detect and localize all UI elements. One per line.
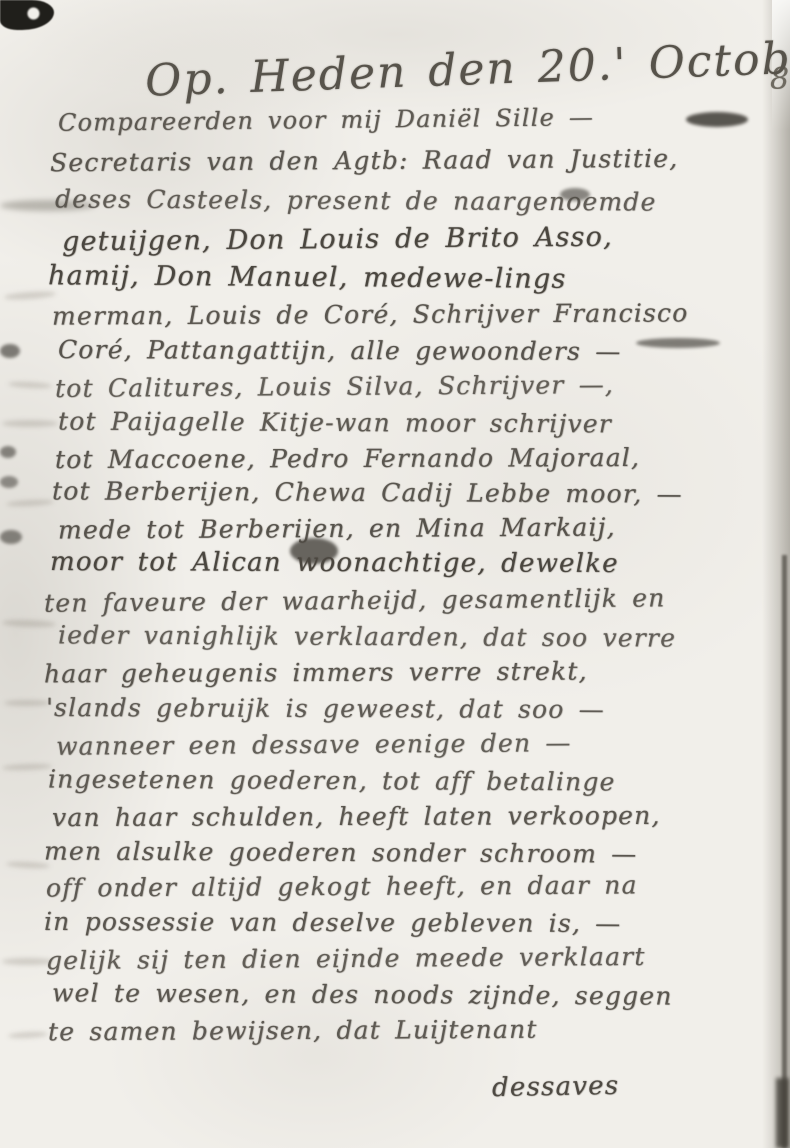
text-line: tot Calitures, Louis Silva, Schrijver —, xyxy=(55,370,614,403)
text-line: tot Berberijen, Chewa Cadij Lebbe moor, … xyxy=(52,476,683,508)
ink-blot xyxy=(0,446,16,458)
text-line: gelijk sij ten dien eijnde meede verklaa… xyxy=(46,942,646,975)
ink-blot xyxy=(0,530,22,544)
bleedthrough-mark xyxy=(2,420,58,427)
page-edge-dark-line xyxy=(782,555,787,1148)
ink-blot xyxy=(636,338,720,348)
catchword: dessaves xyxy=(492,1071,620,1103)
text-line: te samen bewijsen, dat Luijtenant xyxy=(48,1015,538,1047)
text-line: ten faveure der waarheijd, gesamentlijk … xyxy=(44,583,666,617)
text-line: van haar schulden, heeft laten verkoopen… xyxy=(52,801,661,832)
ink-blot xyxy=(0,476,18,488)
ink-blot xyxy=(686,112,748,127)
text-line: wanneer een dessave eenige den — xyxy=(56,728,572,761)
ink-blot xyxy=(0,0,54,30)
text-line: merman, Louis de Coré, Schrijver Francis… xyxy=(52,298,689,330)
text-line: men alsulke goederen sonder schroom — xyxy=(44,836,638,868)
text-line: getuijgen, Don Louis de Brito Asso, xyxy=(62,222,613,258)
text-line: off onder altijd gekogt heeft, en daar n… xyxy=(46,870,638,902)
text-line: tot Maccoene, Pedro Fernando Majoraal, xyxy=(55,443,640,474)
text-line: hamij, Don Manuel, medewe-lings xyxy=(48,260,567,295)
text-line: moor tot Alican woonachtige, dewelke xyxy=(50,547,619,579)
bleedthrough-mark xyxy=(2,619,56,628)
bleedthrough-mark xyxy=(8,1031,48,1039)
text-line: in possessie van deselve gebleven is, — xyxy=(44,907,621,938)
bleedthrough-mark xyxy=(4,700,50,706)
text-line: haar geheugenis immers verre strekt, xyxy=(44,657,588,689)
bleedthrough-mark xyxy=(4,290,56,301)
text-line: ieder vanighlijk verklaarden, dat soo ve… xyxy=(58,620,676,652)
heading-line: Op. Heden den 20.' Octob.' 1703, — xyxy=(144,24,790,106)
text-line: ingesetenen goederen, tot aff betalinge xyxy=(48,765,616,797)
bleedthrough-mark xyxy=(2,763,52,771)
ink-blot xyxy=(0,344,20,358)
bleedthrough-mark xyxy=(8,381,52,389)
text-line: Coré, Pattangattijn, alle gewoonders — xyxy=(58,335,622,366)
manuscript-page: 8 Op. Heden den 20.' Octob.' 1703, — Com… xyxy=(0,0,790,1148)
text-line: 'slands gebruijk is geweest, dat soo — xyxy=(46,693,605,724)
text-line: Secretaris van den Agtb: Raad van Justit… xyxy=(50,144,679,177)
text-line: Compareerden voor mij Daniël Sille — xyxy=(58,103,594,137)
text-line: tot Paijagelle Kitje-wan moor schrijver xyxy=(58,407,612,439)
text-line: mede tot Berberijen, en Mina Markaij, xyxy=(58,513,616,545)
page-edge-dark-smudge xyxy=(776,1078,789,1148)
text-line: deses Casteels, present de naargenoemde xyxy=(55,184,657,216)
text-line: wel te wesen, en des noods zijnde, segge… xyxy=(52,978,673,1010)
bleedthrough-mark xyxy=(6,499,54,508)
